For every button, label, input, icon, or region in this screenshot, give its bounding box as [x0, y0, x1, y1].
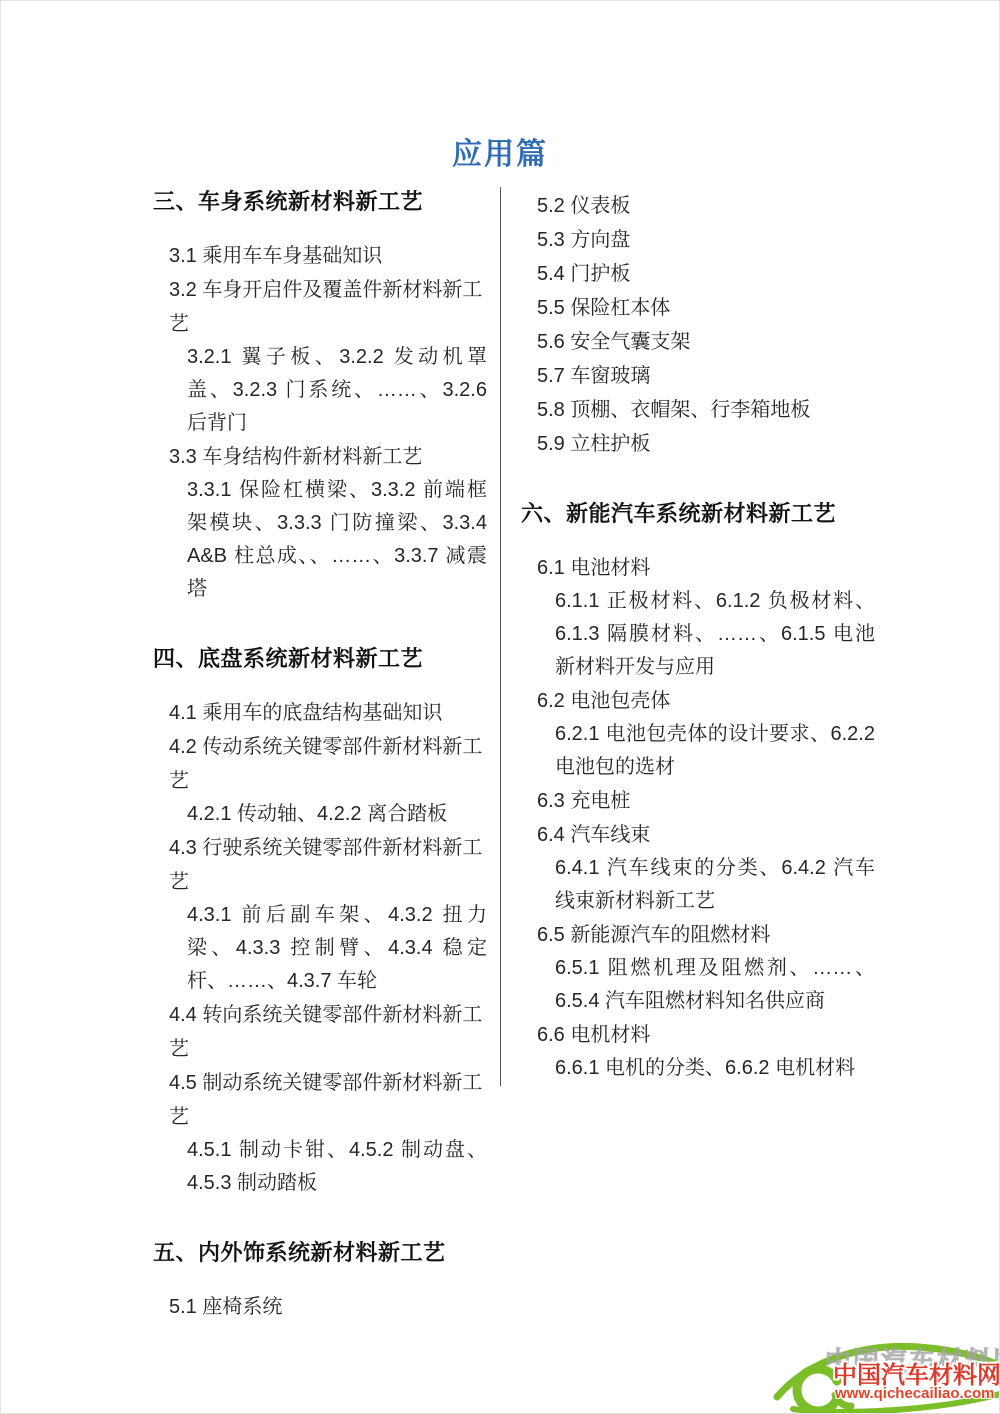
- toc-item: 5.4 门护板: [521, 257, 875, 291]
- toc-item: 5.5 保险杠本体: [521, 291, 875, 325]
- toc-left-column: 三、车身系统新材料新工艺3.1 乘用车车身基础知识3.2 车身开启件及覆盖件新材…: [153, 189, 487, 1324]
- site-logo: 中国汽车材料网 中国汽车材料网 www.qichecailiao.com: [771, 1337, 1000, 1414]
- toc-item: 4.3.1 前后副车架、4.3.2 扭力梁、4.3.3 控制臂、4.3.4 稳定…: [153, 899, 487, 998]
- toc-item: 4.5.1 制动卡钳、4.5.2 制动盘、4.5.3 制动踏板: [153, 1134, 487, 1200]
- toc-item: 6.6.1 电机的分类、6.6.2 电机材料: [521, 1052, 875, 1085]
- toc-item: 5.1 座椅系统: [153, 1290, 487, 1324]
- toc-item: 3.1 乘用车车身基础知识: [153, 239, 487, 273]
- toc-item: 4.4 转向系统关键零部件新材料新工艺: [153, 998, 487, 1066]
- section-heading: 六、新能汽车系统新材料新工艺: [521, 501, 875, 527]
- toc-item: 4.2.1 传动轴、4.2.2 离合踏板: [153, 798, 487, 831]
- section-heading: 四、底盘系统新材料新工艺: [153, 646, 487, 672]
- toc-item: 5.7 车窗玻璃: [521, 359, 875, 393]
- toc-right-column: 5.2 仪表板5.3 方向盘5.4 门护板5.5 保险杠本体5.6 安全气囊支架…: [521, 189, 875, 1085]
- toc-item: 5.2 仪表板: [521, 189, 875, 223]
- site-url: www.qichecailiao.com: [835, 1385, 995, 1402]
- toc-section: 三、车身系统新材料新工艺3.1 乘用车车身基础知识3.2 车身开启件及覆盖件新材…: [153, 189, 487, 606]
- toc-item: 5.9 立柱护板: [521, 427, 875, 461]
- toc-item: 3.3.1 保险杠横梁、3.3.2 前端框架模块、3.3.3 门防撞梁、3.3.…: [153, 474, 487, 606]
- toc-section: 四、底盘系统新材料新工艺4.1 乘用车的底盘结构基础知识4.2 传动系统关键零部…: [153, 646, 487, 1200]
- toc-item: 6.1.1 正极材料、6.1.2 负极材料、6.1.3 隔膜材料、……、6.1.…: [521, 585, 875, 684]
- toc-item: 3.2 车身开启件及覆盖件新材料新工艺: [153, 273, 487, 341]
- document-page: 应用篇 三、车身系统新材料新工艺3.1 乘用车车身基础知识3.2 车身开启件及覆…: [0, 0, 1000, 1414]
- toc-item: 6.3 充电桩: [521, 784, 875, 818]
- toc-item: 4.5 制动系统关键零部件新材料新工艺: [153, 1066, 487, 1134]
- toc-item: 6.6 电机材料: [521, 1018, 875, 1052]
- toc-item: 4.1 乘用车的底盘结构基础知识: [153, 696, 487, 730]
- toc-section: 5.2 仪表板5.3 方向盘5.4 门护板5.5 保险杠本体5.6 安全气囊支架…: [521, 189, 875, 461]
- toc-item: 4.3 行驶系统关键零部件新材料新工艺: [153, 831, 487, 899]
- toc-item: 6.2 电池包壳体: [521, 684, 875, 718]
- toc-item: 6.5 新能源汽车的阻燃材料: [521, 918, 875, 952]
- toc-item: 6.4 汽车线束: [521, 818, 875, 852]
- toc-section: 五、内外饰系统新材料新工艺5.1 座椅系统: [153, 1240, 487, 1324]
- column-divider: [500, 187, 501, 1086]
- toc-item: 6.4.1 汽车线束的分类、6.4.2 汽车线束新材料新工艺: [521, 852, 875, 918]
- toc-item: 3.2.1 翼子板、3.2.2 发动机罩盖、3.2.3 门系统、……、3.2.6…: [153, 341, 487, 440]
- toc-item: 5.6 安全气囊支架: [521, 325, 875, 359]
- toc-item: 6.2.1 电池包壳体的设计要求、6.2.2 电池包的选材: [521, 718, 875, 784]
- toc-item: 6.5.1 阻燃机理及阻燃剂、……、6.5.4 汽车阻燃材料知名供应商: [521, 952, 875, 1018]
- page-title: 应用篇: [1, 129, 999, 173]
- section-heading: 五、内外饰系统新材料新工艺: [153, 1240, 487, 1266]
- toc-section: 六、新能汽车系统新材料新工艺6.1 电池材料6.1.1 正极材料、6.1.2 负…: [521, 501, 875, 1085]
- toc-item: 3.3 车身结构件新材料新工艺: [153, 440, 487, 474]
- toc-item: 5.3 方向盘: [521, 223, 875, 257]
- toc-item: 5.8 顶棚、衣帽架、行李箱地板: [521, 393, 875, 427]
- toc-item: 6.1 电池材料: [521, 551, 875, 585]
- section-heading: 三、车身系统新材料新工艺: [153, 189, 487, 215]
- toc-item: 4.2 传动系统关键零部件新材料新工艺: [153, 730, 487, 798]
